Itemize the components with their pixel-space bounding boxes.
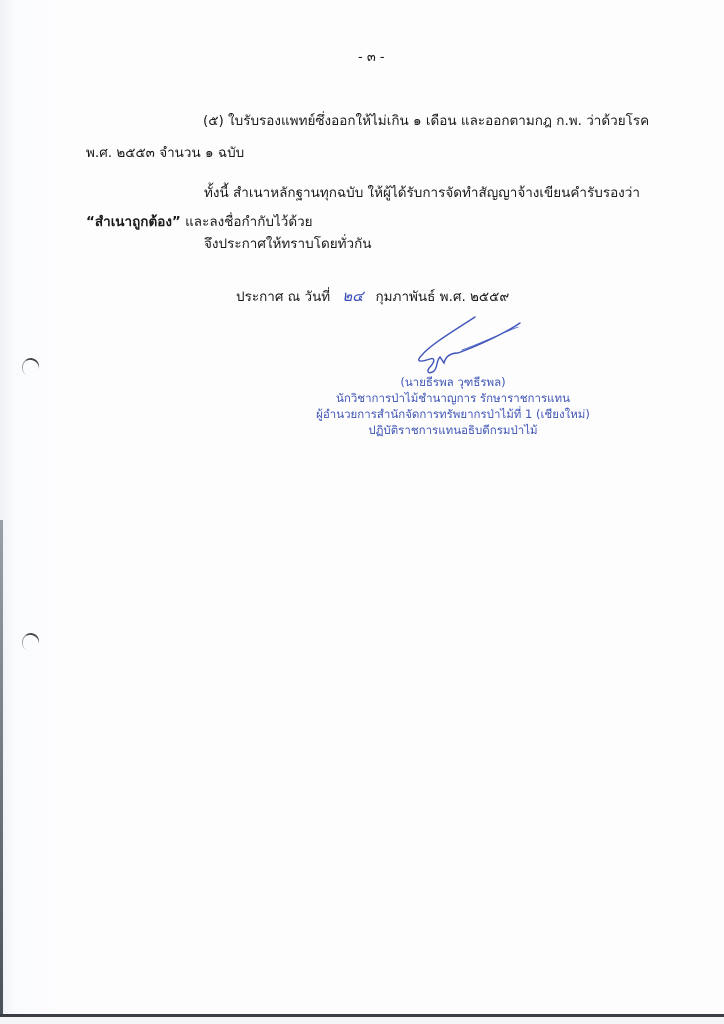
- copies-paragraph-line-2: “สำเนาถูกต้อง” และลงชื่อกำกับไว้ด้วย: [86, 213, 313, 231]
- item-5-line-1: (๕) ใบรับรองแพทย์ซึ่งออกให้ไม่เกิน ๑ เดื…: [203, 112, 649, 130]
- signatory-name: (นายธีรพล วุฑธีรพล): [280, 374, 626, 390]
- hole-punch-mark-icon: [19, 356, 41, 379]
- scan-edge-shadow: [0, 520, 3, 1024]
- copies-line-2-rest: และลงชื่อกำกับไว้ด้วย: [181, 214, 313, 230]
- signatory-position-2: ผู้อำนวยการสำนักจัดการทรัพยากรป่าไม้ที่ …: [280, 406, 626, 422]
- signatory-position-1: นักวิชาการป่าไม้ชำนาญการ รักษาราชการแทน: [280, 390, 626, 406]
- signature-icon: [400, 305, 540, 380]
- handwritten-day: ๒๔: [330, 287, 375, 305]
- announcement-line: จึงประกาศให้ทราบโดยทั่วกัน: [204, 235, 372, 253]
- scanned-page: - ๓ - (๕) ใบรับรองแพทย์ซึ่งออกให้ไม่เกิน…: [0, 0, 724, 1024]
- item-5-line-2: พ.ศ. ๒๕๕๓ จำนวน ๑ ฉบับ: [86, 144, 244, 162]
- scan-bottom-margin: [0, 1017, 724, 1024]
- date-line: ประกาศ ณ วันที่๒๔กุมภาพันธ์ พ.ศ. ๒๕๕๙: [236, 287, 509, 306]
- hole-punch-mark-icon: [19, 631, 41, 654]
- page-number: - ๓ -: [358, 49, 385, 67]
- date-prefix: ประกาศ ณ วันที่: [236, 289, 330, 305]
- certified-copy-phrase: “สำเนาถูกต้อง”: [86, 214, 181, 230]
- date-month-year: กุมภาพันธ์ พ.ศ. ๒๕๕๙: [375, 289, 509, 305]
- signatory-position-3: ปฏิบัติราชการแทนอธิบดีกรมป่าไม้: [280, 422, 626, 438]
- copies-paragraph-line-1: ทั้งนี้ สำเนาหลักฐานทุกฉบับ ให้ผู้ได้รับ…: [204, 184, 640, 202]
